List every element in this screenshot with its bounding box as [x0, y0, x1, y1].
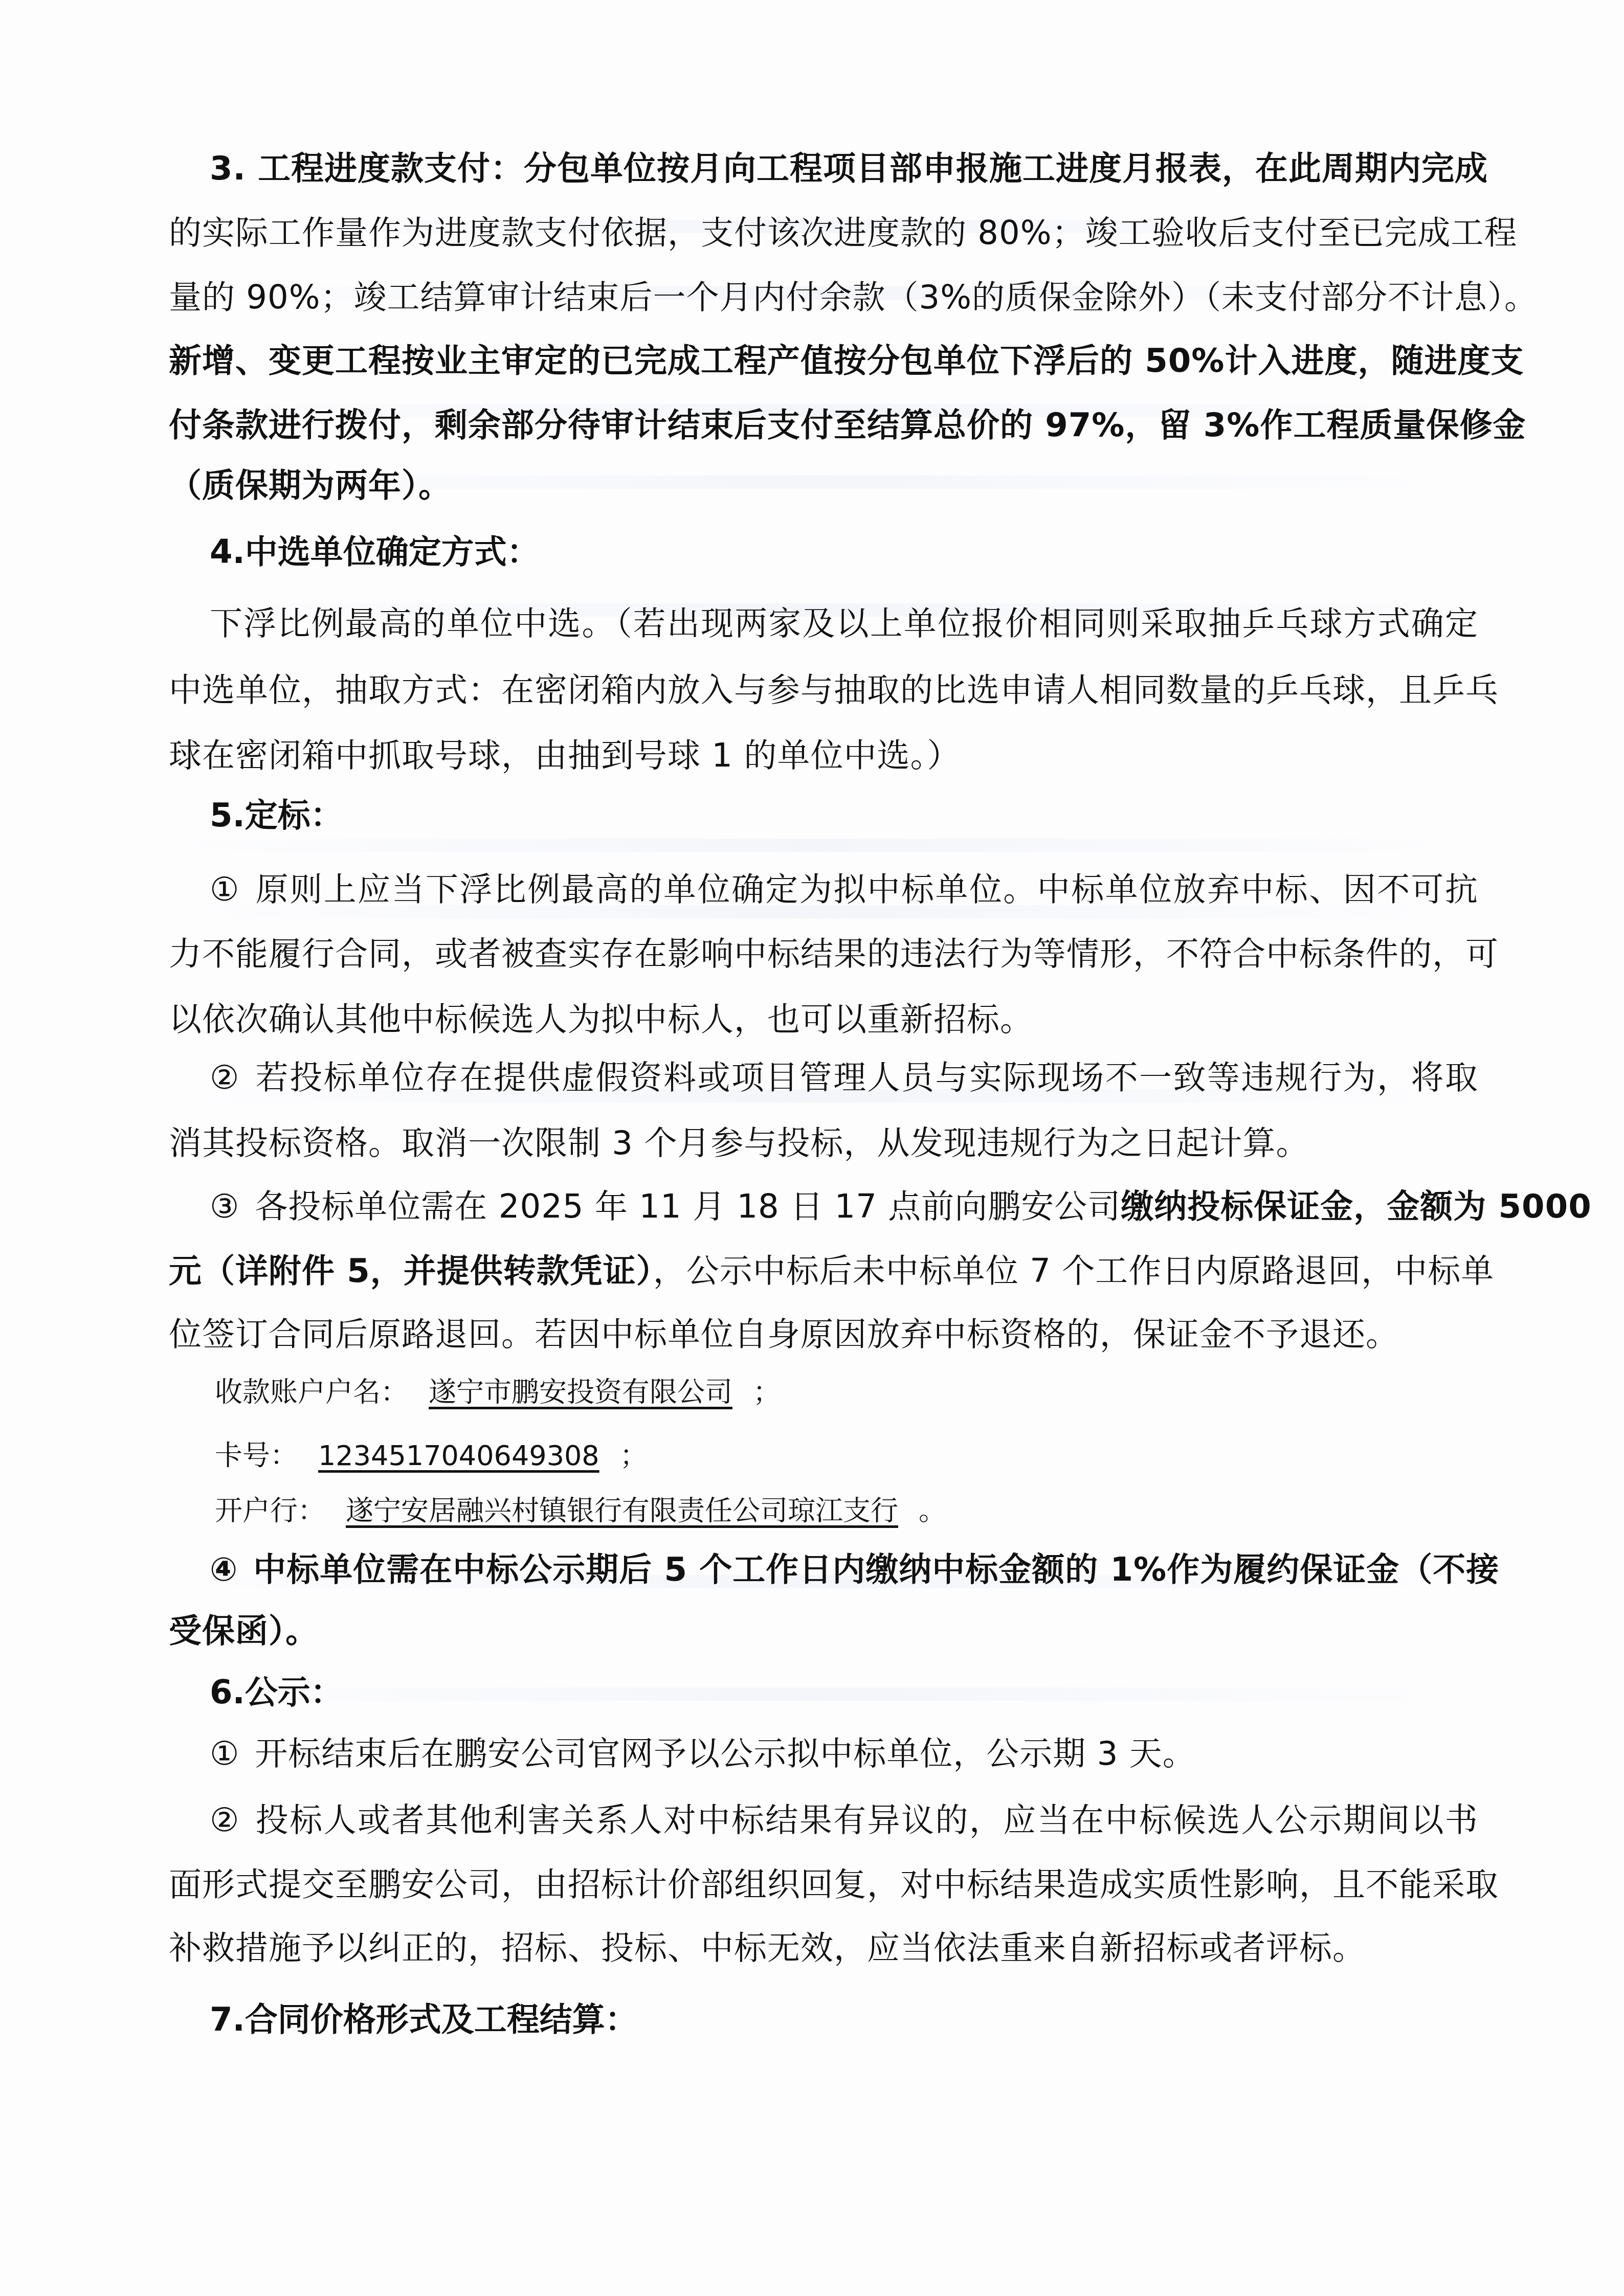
section5-item3-line-2: 元（详附件 5，并提供转款凭证），公示中标后未中标单位 7 个工作日内原路退回，…: [169, 1251, 1478, 1292]
section5-heading: 5.定标：: [210, 795, 343, 836]
circled-number-4: ④: [210, 1549, 238, 1590]
section5-item2-line-2: 消其投标资格。取消一次限制 3 个月参与投标，从发现违规行为之日起计算。: [169, 1123, 1478, 1164]
section4-line-1: 下浮比例最高的单位中选。（若出现两家及以上单位报价相同则采取抽乒乓球方式确定: [210, 603, 1478, 644]
section5-item2-line-1: ②若投标单位存在提供虚假资料或项目管理人员与实际现场不一致等违规行为，将取: [210, 1057, 1478, 1098]
circled-number-1: ①: [210, 869, 239, 910]
section5-item3-line-3: 位签订合同后原路退回。若因中标单位自身原因放弃中标资格的，保证金不予退还。: [169, 1314, 1478, 1355]
section3-line-3: 量的 90%；竣工结算审计结束后一个月内付余款（3%的质保金除外）（未支付部分不…: [169, 277, 1478, 318]
circled-number-1: ①: [210, 1734, 239, 1774]
show-through-artifact: [164, 839, 1468, 852]
card-number-label: 卡号：: [215, 1439, 298, 1472]
bank-value: 遂宁安居融兴村镇银行有限责任公司琼江支行: [325, 1495, 919, 1527]
section7-heading: 7.合同价格形式及工程结算：: [210, 1999, 638, 2040]
account-name-row: 收款账户户名：遂宁市鹏安投资有限公司；: [215, 1375, 781, 1410]
section6-item2-line-2: 面形式提交至鹏安公司，由招标计价部组织回复，对中标结果造成实质性影响，且不能采取: [169, 1864, 1478, 1905]
card-number-value: 1234517040649308: [298, 1439, 620, 1472]
section3-line-1: 3. 工程进度款支付：分包单位按月向工程项目部申报施工进度月报表，在此周期内完成: [210, 148, 1478, 189]
section4-heading: 4.中选单位确定方式：: [210, 532, 540, 573]
section6-item2-line-1: ②投标人或者其他利害关系人对中标结果有异议的，应当在中标候选人公示期间以书: [210, 1800, 1478, 1841]
section3-line-5: 付条款进行拨付，剩余部分待审计结束后支付至结算总价的 97%，留 3%作工程质量…: [169, 405, 1478, 446]
section6-item2-line-3: 补救措施予以纠正的，招标、投标、中标无效，应当依法重来自新招标或者评标。: [169, 1928, 1478, 1969]
section4-line-3: 球在密闭箱中抓取号球，由抽到号球 1 的单位中选。）: [169, 735, 1478, 776]
section6-item1: ①开标结束后在鹏安公司官网予以公示拟中标单位，公示期 3 天。: [210, 1734, 1478, 1774]
section3-line-2: 的实际工作量作为进度款支付依据，支付该次进度款的 80%；竣工验收后支付至已完成…: [169, 213, 1478, 254]
circled-number-2: ②: [210, 1800, 239, 1841]
show-through-artifact: [164, 1687, 1468, 1701]
section5-item1-line-1: ①原则上应当下浮比例最高的单位确定为拟中标单位。中标单位放弃中标、因不可抗: [210, 869, 1478, 910]
section3-line-4: 新增、变更工程按业主审定的已完成工程产值按分包单位下浮后的 50%计入进度，随进…: [169, 341, 1478, 381]
circled-number-3: ③: [210, 1186, 239, 1227]
card-number-row: 卡号：1234517040649308；: [215, 1438, 648, 1474]
section5-item4-line-2: 受保函）。: [169, 1611, 1478, 1652]
section5-item4-line-1: ④中标单位需在中标公示期后 5 个工作日内缴纳中标金额的 1%作为履约保证金（不…: [210, 1549, 1478, 1590]
account-name-value: 遂宁市鹏安投资有限公司: [408, 1376, 753, 1408]
section3-line-6: （质保期为两年）。: [169, 465, 1478, 506]
bank-row: 开户行：遂宁安居融兴村镇银行有限责任公司琼江支行。: [215, 1493, 946, 1529]
bank-label: 开户行：: [215, 1495, 325, 1527]
section4-line-2: 中选单位，抽取方式：在密闭箱内放入与参与抽取的比选申请人相同数量的乒乓球，且乒乓: [169, 670, 1478, 711]
section6-heading: 6.公示：: [210, 1672, 343, 1713]
section5-item3-line-1: ③各投标单位需在 2025 年 11 月 18 日 17 点前向鹏安公司缴纳投标…: [210, 1186, 1478, 1227]
section5-item1-line-2: 力不能履行合同，或者被查实存在影响中标结果的违法行为等情形，不符合中标条件的，可: [169, 934, 1478, 975]
circled-number-2: ②: [210, 1057, 239, 1098]
account-name-label: 收款账户户名：: [215, 1376, 408, 1408]
scanned-document-page: 3. 工程进度款支付：分包单位按月向工程项目部申报施工进度月报表，在此周期内完成…: [0, 0, 1624, 2296]
section5-item1-line-3: 以依次确认其他中标候选人为拟中标人，也可以重新招标。: [169, 999, 1478, 1040]
